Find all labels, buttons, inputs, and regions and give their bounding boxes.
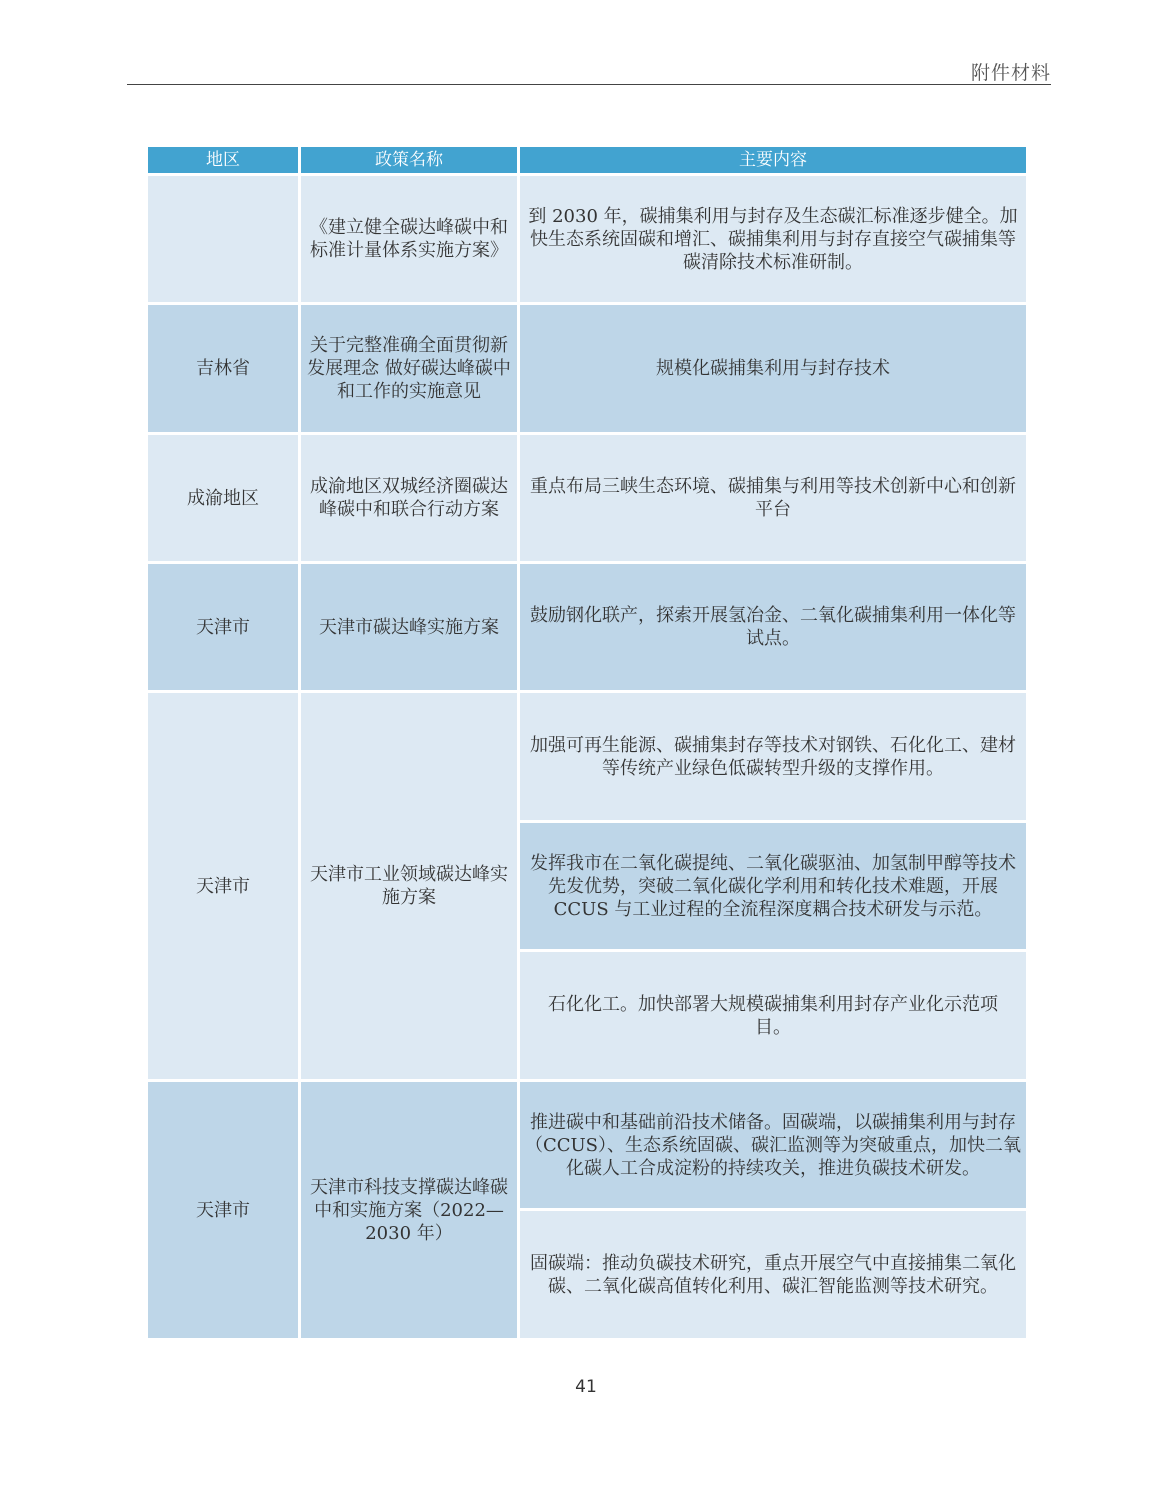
- header-rule: [127, 84, 1051, 85]
- table-cell-policy: 成渝地区双城经济圈碳达峰碳中和联合行动方案: [301, 435, 517, 561]
- table-cell-content: 鼓励钢化联产，探索开展氢冶金、二氧化碳捕集利用一体化等试点。: [520, 564, 1026, 690]
- running-head-section-title: 附件材料: [0, 58, 1051, 85]
- table-cell-region: [148, 176, 298, 302]
- table-cell-region: 天津市: [148, 693, 298, 1079]
- table-cell-content: 推进碳中和基础前沿技术储备。固碳端，以碳捕集利用与封存（CCUS）、生态系统固碳…: [520, 1082, 1026, 1208]
- page-number: 41: [0, 1377, 1172, 1397]
- table-cell-region: 成渝地区: [148, 435, 298, 561]
- table-cell-policy: 天津市科技支撑碳达峰碳中和实施方案（2022—2030 年）: [301, 1082, 517, 1338]
- table-cell-content: 石化化工。加快部署大规模碳捕集利用封存产业化示范项目。: [520, 952, 1026, 1079]
- table-cell-region: 吉林省: [148, 305, 298, 432]
- table-cell-policy: 天津市工业领域碳达峰实施方案: [301, 693, 517, 1079]
- column-header-policy: 政策名称: [301, 147, 517, 173]
- table-cell-content: 固碳端：推动负碳技术研究，重点开展空气中直接捕集二氧化碳、二氧化碳高值转化利用、…: [520, 1211, 1026, 1338]
- table-cell-policy: 天津市碳达峰实施方案: [301, 564, 517, 690]
- column-header-content: 主要内容: [520, 147, 1026, 173]
- table-cell-content: 规模化碳捕集利用与封存技术: [520, 305, 1026, 432]
- table-cell-policy: 《建立健全碳达峰碳中和标准计量体系实施方案》: [301, 176, 517, 302]
- table-cell-content: 加强可再生能源、碳捕集封存等技术对钢铁、石化化工、建材等传统产业绿色低碳转型升级…: [520, 693, 1026, 820]
- table-cell-region: 天津市: [148, 564, 298, 690]
- table-cell-policy: 关于完整准确全面贯彻新发展理念 做好碳达峰碳中和工作的实施意见: [301, 305, 517, 432]
- table-cell-content: 发挥我市在二氧化碳提纯、二氧化碳驱油、加氢制甲醇等技术先发优势，突破二氧化碳化学…: [520, 823, 1026, 949]
- table-cell-content: 重点布局三峡生态环境、碳捕集与利用等技术创新中心和创新平台: [520, 435, 1026, 561]
- table-cell-region: 天津市: [148, 1082, 298, 1338]
- table-cell-content: 到 2030 年，碳捕集利用与封存及生态碳汇标准逐步健全。加快生态系统固碳和增汇…: [520, 176, 1026, 302]
- column-header-region: 地区: [148, 147, 298, 173]
